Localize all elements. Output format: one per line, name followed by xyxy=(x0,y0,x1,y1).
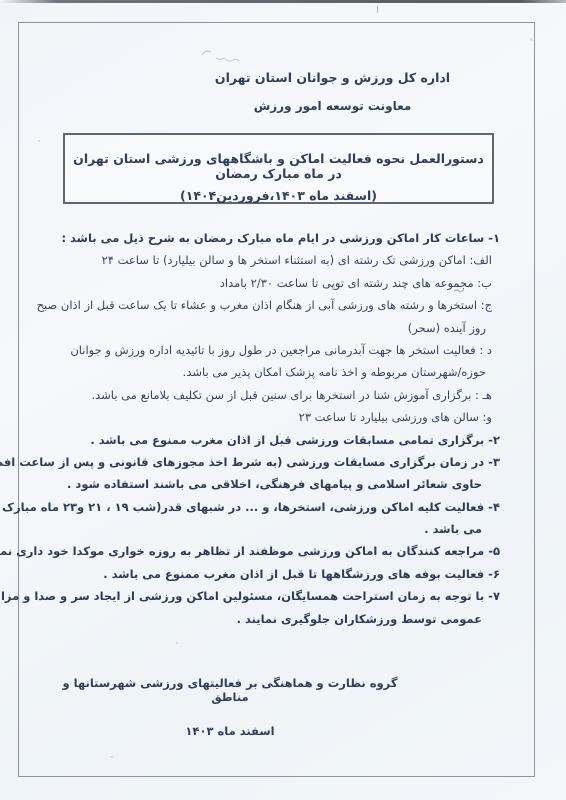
item-4: ۴- فعالیت کلیه اماکن ورزشی، استخرها، و .… xyxy=(60,496,500,518)
item-1-sub-alef: الف: اماکن ورزشی تک رشته ای (به استثناء … xyxy=(60,249,500,271)
item-3: ۳- در زمان برگزاری مسابقات ورزشی (به شرط… xyxy=(60,451,500,473)
footer-group-line: گروه نظارت و هماهنگی بر فعالیتهای ورزشی … xyxy=(50,676,410,704)
pen-mark xyxy=(452,280,466,299)
item-1-sub-dal-cont: حوزه/شهرستان مربوطه و اخذ نامه پزشک امکا… xyxy=(60,361,500,383)
document-body: ۱- ساعات کار اماکن ورزشی در ایام ماه مبا… xyxy=(60,227,500,630)
footer-date-line: اسفند ماه ۱۴۰۳ xyxy=(50,724,410,738)
item-6: ۶- فعالیت بوفه های ورزشگاهها تا قبل از ا… xyxy=(60,563,500,585)
item-1-sub-jim: ج: استخرها و رشته های ورزشی آبی از هنگام… xyxy=(60,294,500,316)
scan-speck xyxy=(38,140,40,142)
org-header: اداره کل ورزش و جوانان استان تهران معاون… xyxy=(160,71,505,113)
item-2: ۲- برگزاری تمامی مسابقات ورزشی قبل از اذ… xyxy=(60,429,500,451)
item-5: ۵- مراجعه کنندگان به اماکن ورزشی موظفند … xyxy=(60,540,500,562)
scanned-document-page: اداره کل ورزش و جوانان استان تهران معاون… xyxy=(0,0,566,800)
scan-speck xyxy=(377,6,378,13)
scan-edge-artifact xyxy=(0,0,566,3)
item-1-sub-dal: د : فعالیت استخر ها جهت آبدرمانی مراجعین… xyxy=(60,339,500,361)
scan-speck xyxy=(279,433,281,435)
item-7: ۷- با توجه به زمان استراحت همسایگان، مسئ… xyxy=(60,585,500,607)
document-date-range: (اسفند ماه ۱۴۰۳،فروردین۱۴۰۴) xyxy=(65,188,492,203)
scan-speck xyxy=(110,756,113,758)
document-title: دستورالعمل نحوه فعالیت اماکن و باشگاههای… xyxy=(65,151,492,181)
title-box: دستورالعمل نحوه فعالیت اماکن و باشگاههای… xyxy=(63,133,494,204)
item-1-sub-he: هـ : برگزاری آموزش شنا در استخرها برای س… xyxy=(60,384,500,406)
scan-speck xyxy=(530,38,533,41)
item-7-cont: عمومی توسط ورزشکاران جلوگیری نمایند . xyxy=(60,608,500,630)
item-1-sub-vav: و: سالن های ورزشی بیلیارد تا ساعت ۲۳ xyxy=(60,406,500,428)
footer-signature-block: گروه نظارت و هماهنگی بر فعالیتهای ورزشی … xyxy=(50,676,410,738)
item-1-sub-be: ب: مجموعه های چند رشته ای توپی تا ساعت ۲… xyxy=(60,272,500,294)
item-1-sub-jim-cont: روز آینده (سحر) xyxy=(60,317,500,339)
item-4-cont: می باشد . xyxy=(60,518,500,540)
item-1-heading: ۱- ساعات کار اماکن ورزشی در ایام ماه مبا… xyxy=(60,227,500,249)
org-name: اداره کل ورزش و جوانان استان تهران xyxy=(160,71,505,85)
handwritten-scribble xyxy=(200,48,244,68)
deputy-name: معاونت توسعه امور ورزش xyxy=(160,99,505,113)
item-3-cont: حاوی شعائر اسلامی و پیامهای فرهنگی، اخلا… xyxy=(60,473,500,495)
scan-speck xyxy=(176,642,178,644)
